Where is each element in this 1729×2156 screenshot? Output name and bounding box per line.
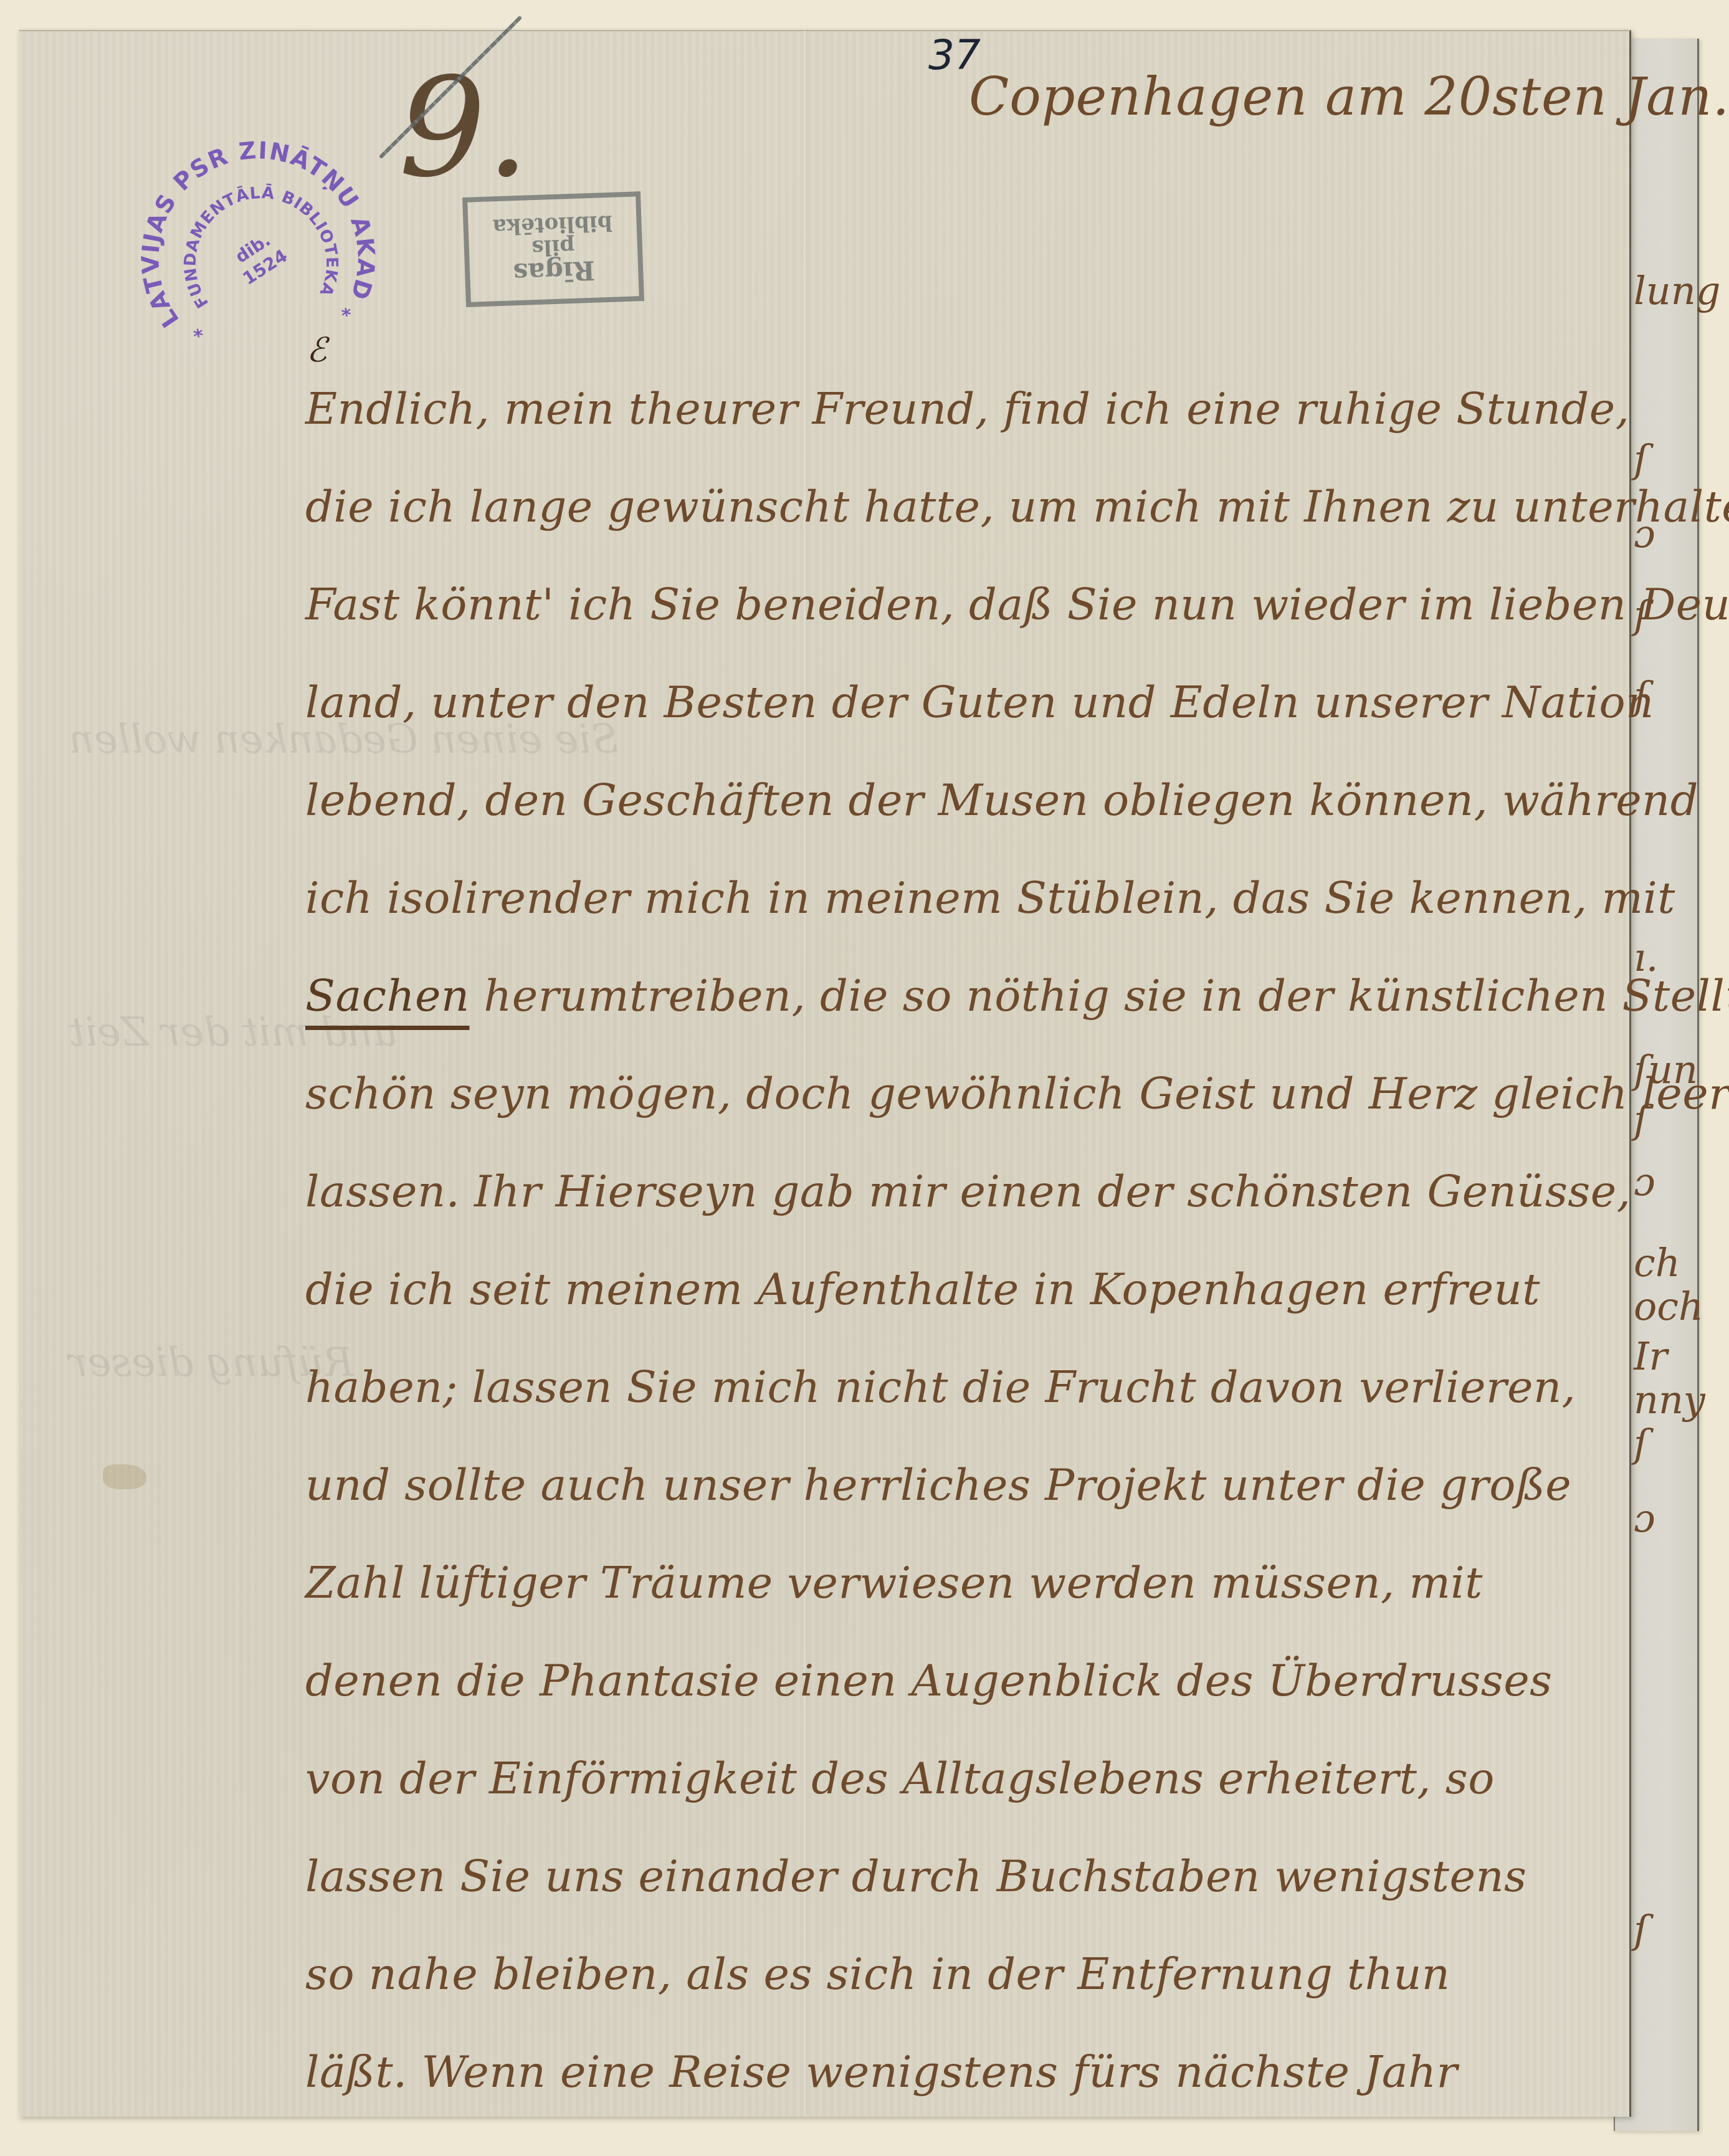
- margin-fragment: ſ: [1634, 673, 1648, 718]
- letter-line-17: so nahe bleiben, als es sich in der Entf…: [305, 1902, 1620, 2000]
- letter-line-15: von der Einförmigkeit des Alltagslebens …: [305, 1706, 1620, 1804]
- margin-fragment: ɔ: [1634, 1159, 1655, 1204]
- margin-fragment: ſ: [1634, 1907, 1648, 1952]
- paper-stain: [103, 1464, 146, 1489]
- letter-line-9: lassen. Ihr Hierseyn gab mir einen der s…: [305, 1119, 1620, 1217]
- letter-line-7: Sachen herumtreiben, die so nöthig sie i…: [305, 923, 1620, 1021]
- rect-stamp-line1: Rīgas: [470, 255, 639, 288]
- margin-fragment: ſ: [1634, 1421, 1648, 1466]
- stamp-asterisk-icon: *: [340, 304, 353, 327]
- margin-fragment: nny: [1634, 1377, 1705, 1423]
- stamp-outer-text: LATVIJAS PSR ZINĀTŅU AKADĒMIJA: [118, 112, 388, 338]
- letter-line-8: schön seyn mögen, doch gewöhnlich Geist …: [305, 1021, 1620, 1119]
- letter-line-18: läßt. Wenn eine Reise wenigstens fürs nä…: [305, 2000, 1620, 2097]
- date-line: Copenhagen am 20sten Jan. 1798: [969, 65, 1729, 127]
- underlined-word: Sachen: [305, 970, 469, 1021]
- margin-fragment: ı.: [1634, 935, 1659, 980]
- letter-line-5: lebend, den Geschäften der Musen obliege…: [305, 728, 1620, 826]
- letter-line-10: die ich seit meinem Aufenthalte in Kopen…: [305, 1217, 1620, 1315]
- margin-fragment: ſ: [1634, 1097, 1648, 1142]
- letter-line-2: die ich lange gewünscht hatte, um mich m…: [305, 434, 1620, 532]
- rect-stamp-line2: pils bibliotēka: [468, 211, 637, 261]
- letter-line-4: land, unter den Besten der Guten und Ede…: [305, 630, 1620, 728]
- letter-line-12: und sollte auch unser herrliches Projekt…: [305, 1413, 1620, 1510]
- margin-fragment: ch: [1634, 1240, 1680, 1285]
- margin-fragment: ɔ: [1634, 511, 1655, 556]
- letter-line-11: haben; lassen Sie mich nicht die Frucht …: [305, 1315, 1620, 1413]
- stamp-asterisk-icon: *: [193, 325, 206, 348]
- riga-library-rect-stamp: Rīgas pils bibliotēka: [462, 191, 644, 307]
- margin-fragment: Ir: [1634, 1333, 1667, 1379]
- margin-fragment: ſun: [1634, 1047, 1698, 1092]
- letter-line-3: Fast könnt' ich Sie beneiden, daß Sie nu…: [305, 532, 1620, 630]
- margin-fragment: ſ: [1634, 592, 1648, 637]
- date-text: Copenhagen am 20sten Jan. 179: [969, 66, 1729, 127]
- margin-fragment: ſ: [1634, 436, 1648, 482]
- letter-line-16: lassen Sie uns einander durch Buchstaben…: [305, 1804, 1620, 1902]
- letter-body: Endlich, mein theurer Freund, find ich e…: [305, 336, 1620, 2097]
- margin-fragment: och: [1634, 1284, 1703, 1329]
- folio-number: 9.: [399, 59, 530, 196]
- margin-fragment: ɔ: [1634, 1495, 1655, 1541]
- letter-line-7-text: herumtreiben, die so nöthig sie in der k…: [483, 970, 1729, 1021]
- letter-line-1: Endlich, mein theurer Freund, find ich e…: [305, 336, 1620, 434]
- margin-fragment: lung: [1634, 268, 1720, 313]
- letter-line-13: Zahl lüftiger Träume verwiesen werden mü…: [305, 1510, 1620, 1608]
- letter-line-6: ich isolirender mich in meinem Stüblein,…: [305, 826, 1620, 923]
- svg-text:LATVIJAS PSR ZINĀTŅU AKADĒMIJA: LATVIJAS PSR ZINĀTŅU AKADĒMIJA: [118, 112, 388, 338]
- letter-line-14: denen die Phantasie einen Augenblick des…: [305, 1608, 1620, 1706]
